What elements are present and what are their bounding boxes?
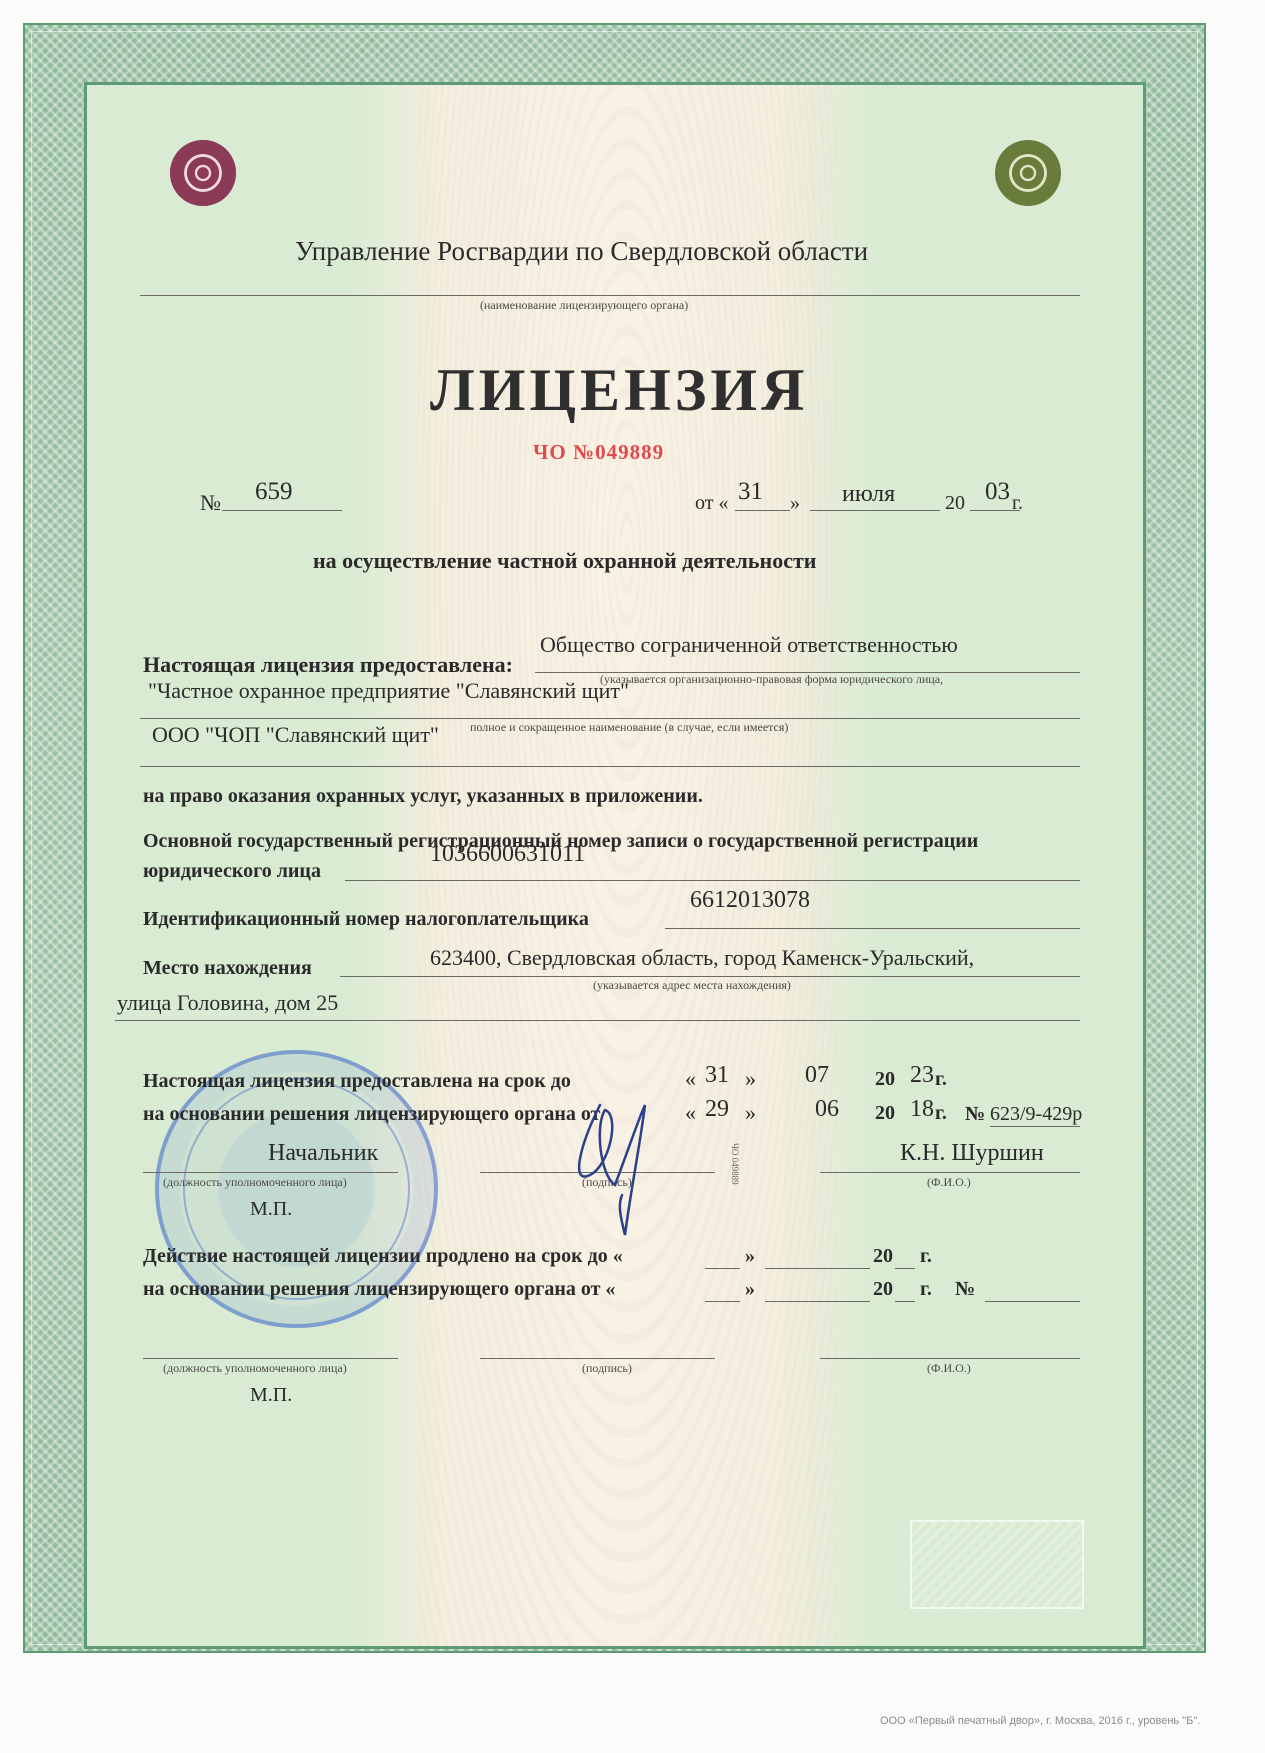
serial-number: ЧО №049889 xyxy=(533,440,664,465)
name-caption: полное и сокращенное наименование (в слу… xyxy=(470,720,788,735)
ext-seal-label: М.П. xyxy=(250,1384,292,1407)
license-scope: на право оказания охранных услуг, указан… xyxy=(143,785,703,808)
inn-value: 6612013078 xyxy=(690,887,810,914)
seal-label: М.П. xyxy=(250,1198,292,1221)
decision-day: 29 xyxy=(705,1096,729,1123)
rosette-left-icon xyxy=(170,140,236,206)
legal-form-caption: (указывается организационно-правовая фор… xyxy=(600,672,943,687)
ext-name-underline xyxy=(820,1358,1080,1359)
address-line2: улица Головина, дом 25 xyxy=(117,990,338,1016)
inn-underline xyxy=(665,928,1080,929)
full-name-underline xyxy=(140,718,1080,719)
term-close-quote: » xyxy=(745,1066,756,1092)
address-label: Место нахождения xyxy=(143,957,312,980)
decision-number-label: № xyxy=(965,1103,985,1126)
ext-decision-day-underline xyxy=(705,1301,740,1302)
address-line2-underline xyxy=(115,1020,1080,1021)
ext-decision-month-underline xyxy=(765,1301,870,1302)
term-year-prefix: 20 xyxy=(875,1068,895,1091)
address-underline xyxy=(340,976,1080,977)
name-underline xyxy=(820,1172,1080,1173)
document-title: ЛИЦЕНЗИЯ xyxy=(430,356,808,425)
license-year: 03 xyxy=(985,478,1010,506)
handwritten-signature xyxy=(560,1085,680,1245)
term-year: 23 xyxy=(910,1062,934,1089)
address-line1: 623400, Свердловская область, город Каме… xyxy=(430,945,974,971)
ext-decision-number-underline xyxy=(985,1301,1080,1302)
ext-term-year-underline xyxy=(895,1268,915,1269)
name-caption: (Ф.И.О.) xyxy=(927,1175,971,1190)
number-label: № xyxy=(200,490,221,516)
inn-label: Идентификационный номер налогоплательщик… xyxy=(143,908,589,931)
license-day: 31 xyxy=(738,478,763,506)
ext-decision-year-prefix: 20 xyxy=(873,1278,893,1301)
year-prefix: 20 xyxy=(945,492,965,515)
ogrn-label-line2: юридического лица xyxy=(143,860,321,883)
position-caption: (должность уполномоченного лица) xyxy=(163,1175,347,1190)
ext-signature-caption: (подпись) xyxy=(582,1361,632,1376)
signatory-position: Начальник xyxy=(268,1140,378,1167)
ext-term-close-quote: » xyxy=(745,1245,755,1268)
date-close-quote: » xyxy=(790,492,800,515)
license-month: июля xyxy=(842,481,895,508)
address-caption: (указывается адрес места нахождения) xyxy=(593,978,791,993)
rosette-right-icon xyxy=(995,140,1061,206)
printer-imprint: ООО «Первый печатный двор», г. Москва, 2… xyxy=(880,1715,1200,1727)
ext-position-underline xyxy=(143,1358,398,1359)
ext-signature-underline xyxy=(480,1358,715,1359)
license-purpose: на осуществление частной охранной деятел… xyxy=(313,548,816,574)
grantee-label: Настоящая лицензия предоставлена: xyxy=(143,652,513,678)
extension-decision-label: на основании решения лицензирующего орга… xyxy=(143,1278,615,1301)
year-end: г. xyxy=(1012,492,1023,515)
ext-term-day-underline xyxy=(705,1268,740,1269)
signatory-name: К.Н. Шуршин xyxy=(900,1140,1044,1167)
issuer-name: Управление Росгвардии по Свердловской об… xyxy=(295,236,868,267)
ext-decision-year-underline xyxy=(895,1301,915,1302)
decision-close-quote: » xyxy=(745,1100,756,1126)
decision-label: на основании решения лицензирующего орга… xyxy=(143,1103,600,1126)
issuer-underline xyxy=(140,295,1080,296)
month-underline xyxy=(810,510,940,511)
term-open-quote: « xyxy=(685,1066,696,1092)
ext-term-month-underline xyxy=(765,1268,870,1269)
ogrn-value: 1036600631011 xyxy=(430,841,585,868)
ext-decision-close-quote: » xyxy=(745,1278,755,1301)
number-underline xyxy=(222,510,342,511)
decision-open-quote: « xyxy=(685,1100,696,1126)
ext-position-caption: (должность уполномоченного лица) xyxy=(163,1361,347,1376)
term-day: 31 xyxy=(705,1062,729,1089)
license-number: 659 xyxy=(255,478,293,506)
issuer-caption: (наименование лицензирующего органа) xyxy=(480,298,688,313)
term-year-end: г. xyxy=(935,1068,947,1091)
decision-number: 623/9-429р xyxy=(990,1103,1082,1126)
position-underline xyxy=(143,1172,398,1173)
microtext-serial: ЧО 049889 xyxy=(730,1143,740,1185)
full-name: "Частное охранное предприятие "Славянски… xyxy=(148,678,629,704)
date-from-label: от « xyxy=(695,492,728,515)
ext-term-year-prefix: 20 xyxy=(873,1245,893,1268)
ext-decision-year-end: г. xyxy=(920,1278,932,1301)
decision-month: 06 xyxy=(815,1096,839,1123)
day-underline xyxy=(735,510,790,511)
ext-term-year-end: г. xyxy=(920,1245,932,1268)
ext-decision-number-label: № xyxy=(955,1278,975,1301)
extension-term-label: Действие настоящей лицензии продлено на … xyxy=(143,1245,623,1268)
decision-year-prefix: 20 xyxy=(875,1102,895,1125)
decision-year-end: г. xyxy=(935,1102,947,1125)
legal-form: Общество сограниченной ответственностью xyxy=(540,632,958,658)
short-name: ООО "ЧОП "Славянский щит" xyxy=(152,722,439,748)
term-label: Настоящая лицензия предоставлена на срок… xyxy=(143,1070,571,1093)
term-month: 07 xyxy=(805,1062,829,1089)
short-name-underline xyxy=(140,766,1080,767)
decision-number-underline xyxy=(990,1126,1080,1127)
decision-year: 18 xyxy=(910,1096,934,1123)
ext-name-caption: (Ф.И.О.) xyxy=(927,1361,971,1376)
ogrn-underline xyxy=(345,880,1080,881)
hologram-security-patch xyxy=(910,1520,1084,1609)
